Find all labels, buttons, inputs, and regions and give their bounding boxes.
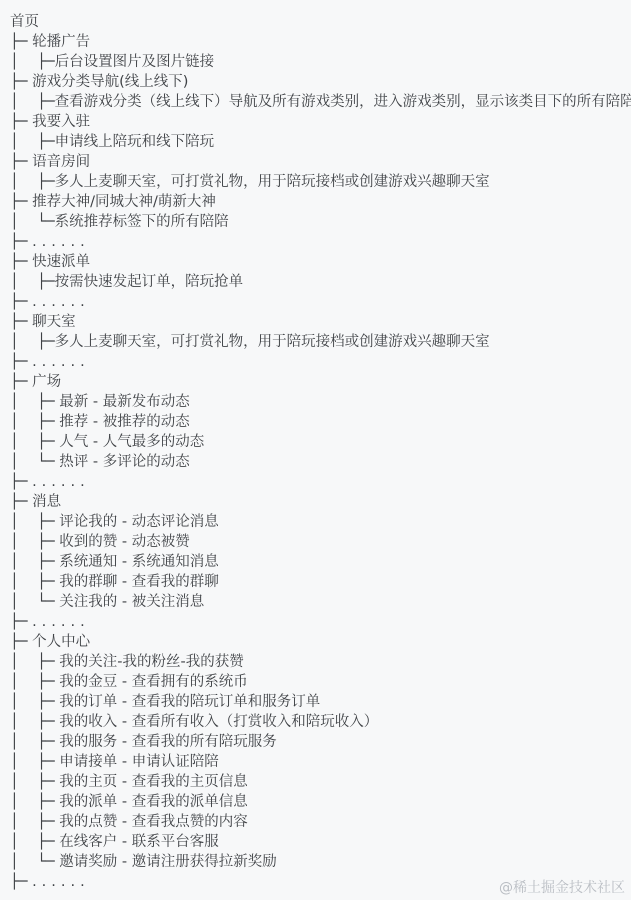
tree-line: ├─ 消息 [10, 492, 625, 512]
tree-branch-glyph: │ ├─ [10, 534, 59, 550]
tree-branch-glyph: │ ├─ [10, 54, 55, 70]
tree-line-text: 我的服务 - 查看我的所有陪玩服务 [59, 734, 276, 750]
tree-line-text: 收到的赞 - 动态被赞 [59, 534, 189, 550]
tree-line: ├─ ...... [10, 472, 625, 492]
page-title: 首页 [10, 14, 39, 30]
tree-line: │ ├─ 我的订单 - 查看我的陪玩订单和服务订单 [10, 692, 625, 712]
tree-branch-glyph: │ ├─ [10, 174, 55, 190]
tree-line: │ ├─多人上麦聊天室，可打赏礼物，用于陪玩接档或创建游戏兴趣聊天室 [10, 172, 625, 192]
tree-line: │ ├─ 在线客户 - 联系平台客服 [10, 832, 625, 852]
tree-line-text: 申请线上陪玩和线下陪玩 [55, 134, 215, 150]
tree-line: ├─ 语音房间 [10, 152, 625, 172]
tree-branch-glyph: ├─ [10, 114, 32, 130]
watermark: @稀土掘金技术社区 [499, 877, 625, 897]
tree-branch-glyph: │ └─ [10, 594, 59, 610]
tree-branch-glyph: ├─ [10, 154, 32, 170]
tree-line: ├─ ...... [10, 292, 625, 312]
tree-line-text: 推荐大神/同城大神/萌新大神 [32, 194, 216, 210]
tree-branch-glyph: │ ├─ [10, 774, 59, 790]
tree-branch-glyph: ├─ [10, 634, 32, 650]
tree-line-text: 按需快速发起订单，陪玩抢单 [55, 274, 244, 290]
tree-line-text: 申请接单 - 申请认证陪陪 [59, 754, 218, 770]
tree-branch-glyph: ├─ [10, 354, 32, 370]
ellipsis-placeholder: ...... [32, 354, 90, 370]
tree-line-text: 游戏分类导航(线上线下) [32, 74, 188, 90]
ellipsis-placeholder: ...... [32, 474, 90, 490]
tree-line-text: 我的派单 - 查看我的派单信息 [59, 794, 247, 810]
tree-line: │ ├─ 我的关注-我的粉丝-我的获赞 [10, 652, 625, 672]
tree-line-text: 我的关注-我的粉丝-我的获赞 [59, 654, 243, 670]
tree-branch-glyph: │ ├─ [10, 754, 59, 770]
tree-branch-glyph: │ ├─ [10, 554, 59, 570]
tree-branch-glyph: │ ├─ [10, 134, 55, 150]
tree-line: │ └─ 热评 - 多评论的动态 [10, 452, 625, 472]
tree-line: │ ├─ 最新 - 最新发布动态 [10, 392, 625, 412]
tree-branch-glyph: │ ├─ [10, 834, 59, 850]
tree-line: │ ├─ 我的服务 - 查看我的所有陪玩服务 [10, 732, 625, 752]
tree-branch-glyph: │ ├─ [10, 734, 59, 750]
tree-branch-glyph: │ └─ [10, 214, 55, 230]
tree-line-text: 最新 - 最新发布动态 [59, 394, 189, 410]
tree-line-text: 我的主页 - 查看我的主页信息 [59, 774, 247, 790]
tree-line: │ ├─ 我的金豆 - 查看拥有的系统币 [10, 672, 625, 692]
tree-line-text: 聊天室 [32, 314, 76, 330]
ellipsis-placeholder: ...... [32, 614, 90, 630]
sitemap-tree: 首页├─ 轮播广告│ ├─后台设置图片及图片链接├─ 游戏分类导航(线上线下)│… [0, 0, 631, 892]
tree-line-text: 我的群聊 - 查看我的群聊 [59, 574, 218, 590]
tree-line-text: 关注我的 - 被关注消息 [59, 594, 204, 610]
tree-branch-glyph: ├─ [10, 474, 32, 490]
tree-line: │ ├─ 人气 - 人气最多的动态 [10, 432, 625, 452]
tree-branch-glyph: │ ├─ [10, 674, 59, 690]
tree-line-text: 快速派单 [32, 254, 90, 270]
tree-branch-glyph: ├─ [10, 254, 32, 270]
tree-line: │ └─ 邀请奖励 - 邀请注册获得拉新奖励 [10, 852, 625, 872]
ellipsis-placeholder: ...... [32, 294, 90, 310]
tree-line-text: 消息 [32, 494, 61, 510]
tree-branch-glyph: ├─ [10, 374, 32, 390]
tree-branch-glyph: ├─ [10, 194, 32, 210]
tree-branch-glyph: │ ├─ [10, 414, 59, 430]
tree-line-text: 系统推荐标签下的所有陪陪 [55, 214, 229, 230]
tree-branch-glyph: │ ├─ [10, 434, 59, 450]
tree-line: │ ├─多人上麦聊天室，可打赏礼物，用于陪玩接档或创建游戏兴趣聊天室 [10, 332, 625, 352]
tree-line-text: 多人上麦聊天室，可打赏礼物，用于陪玩接档或创建游戏兴趣聊天室 [55, 174, 490, 190]
tree-line: │ ├─ 我的派单 - 查看我的派单信息 [10, 792, 625, 812]
tree-branch-glyph: ├─ [10, 294, 32, 310]
tree-line-text: 我的收入 - 查看所有收入（打赏收入和陪玩收入） [59, 714, 378, 730]
tree-root-line: 首页 [10, 12, 625, 32]
tree-line: │ ├─查看游戏分类（线上线下）导航及所有游戏类别，进入游戏类别，显示该类目下的… [10, 92, 625, 112]
tree-line: │ ├─ 申请接单 - 申请认证陪陪 [10, 752, 625, 772]
tree-line: │ ├─ 评论我的 - 动态评论消息 [10, 512, 625, 532]
tree-line: ├─ 个人中心 [10, 632, 625, 652]
tree-line: ├─ ...... [10, 232, 625, 252]
tree-line-text: 语音房间 [32, 154, 90, 170]
tree-line-text: 查看游戏分类（线上线下）导航及所有游戏类别，进入游戏类别，显示该类目下的所有陪陪 [55, 94, 631, 110]
ellipsis-placeholder: ...... [32, 234, 90, 250]
tree-line-text: 后台设置图片及图片链接 [55, 54, 215, 70]
tree-branch-glyph: │ ├─ [10, 794, 59, 810]
tree-line: ├─ 我要入驻 [10, 112, 625, 132]
tree-line-text: 人气 - 人气最多的动态 [59, 434, 204, 450]
tree-branch-glyph: ├─ [10, 74, 32, 90]
tree-line: ├─ 聊天室 [10, 312, 625, 332]
tree-line: ├─ ...... [10, 612, 625, 632]
tree-line: ├─ 游戏分类导航(线上线下) [10, 72, 625, 92]
tree-line: ├─ 快速派单 [10, 252, 625, 272]
tree-line-text: 在线客户 - 联系平台客服 [59, 834, 218, 850]
tree-branch-glyph: ├─ [10, 614, 32, 630]
tree-branch-glyph: │ ├─ [10, 654, 59, 670]
tree-branch-glyph: │ ├─ [10, 334, 55, 350]
tree-line: │ ├─ 收到的赞 - 动态被赞 [10, 532, 625, 552]
tree-branch-glyph: │ └─ [10, 854, 59, 870]
tree-line-text: 我的点赞 - 查看我点赞的内容 [59, 814, 247, 830]
tree-line: │ ├─申请线上陪玩和线下陪玩 [10, 132, 625, 152]
tree-branch-glyph: │ ├─ [10, 394, 59, 410]
tree-line: ├─ 广场 [10, 372, 625, 392]
tree-line: │ ├─ 推荐 - 被推荐的动态 [10, 412, 625, 432]
tree-line: │ ├─按需快速发起订单，陪玩抢单 [10, 272, 625, 292]
tree-line-text: 推荐 - 被推荐的动态 [59, 414, 189, 430]
tree-line: │ ├─后台设置图片及图片链接 [10, 52, 625, 72]
tree-line: │ └─系统推荐标签下的所有陪陪 [10, 212, 625, 232]
tree-line: │ ├─ 我的主页 - 查看我的主页信息 [10, 772, 625, 792]
tree-branch-glyph: │ ├─ [10, 94, 55, 110]
tree-branch-glyph: │ └─ [10, 454, 59, 470]
tree-branch-glyph: │ ├─ [10, 514, 59, 530]
tree-line: │ ├─ 系统通知 - 系统通知消息 [10, 552, 625, 572]
tree-branch-glyph: │ ├─ [10, 274, 55, 290]
tree-branch-glyph: ├─ [10, 874, 32, 890]
tree-line-text: 多人上麦聊天室，可打赏礼物，用于陪玩接档或创建游戏兴趣聊天室 [55, 334, 490, 350]
tree-line-text: 邀请奖励 - 邀请注册获得拉新奖励 [59, 854, 276, 870]
tree-branch-glyph: ├─ [10, 314, 32, 330]
tree-branch-glyph: ├─ [10, 34, 32, 50]
tree-line-text: 系统通知 - 系统通知消息 [59, 554, 218, 570]
tree-line-text: 我的订单 - 查看我的陪玩订单和服务订单 [59, 694, 320, 710]
tree-branch-glyph: │ ├─ [10, 814, 59, 830]
ellipsis-placeholder: ...... [32, 874, 90, 890]
tree-branch-glyph: ├─ [10, 494, 32, 510]
tree-line-text: 轮播广告 [32, 34, 90, 50]
tree-branch-glyph: │ ├─ [10, 574, 59, 590]
tree-line: │ ├─ 我的点赞 - 查看我点赞的内容 [10, 812, 625, 832]
tree-line: ├─ ...... [10, 352, 625, 372]
tree-line: ├─ 推荐大神/同城大神/萌新大神 [10, 192, 625, 212]
tree-line-text: 评论我的 - 动态评论消息 [59, 514, 218, 530]
tree-line: │ ├─ 我的群聊 - 查看我的群聊 [10, 572, 625, 592]
tree-line-text: 热评 - 多评论的动态 [59, 454, 189, 470]
tree-line: ├─ 轮播广告 [10, 32, 625, 52]
tree-branch-glyph: │ ├─ [10, 714, 59, 730]
tree-line-text: 广场 [32, 374, 61, 390]
tree-line: │ ├─ 我的收入 - 查看所有收入（打赏收入和陪玩收入） [10, 712, 625, 732]
tree-branch-glyph: │ ├─ [10, 694, 59, 710]
tree-line-text: 我的金豆 - 查看拥有的系统币 [59, 674, 247, 690]
tree-line-text: 个人中心 [32, 634, 90, 650]
tree-line-text: 我要入驻 [32, 114, 90, 130]
tree-branch-glyph: ├─ [10, 234, 32, 250]
tree-line: │ └─ 关注我的 - 被关注消息 [10, 592, 625, 612]
